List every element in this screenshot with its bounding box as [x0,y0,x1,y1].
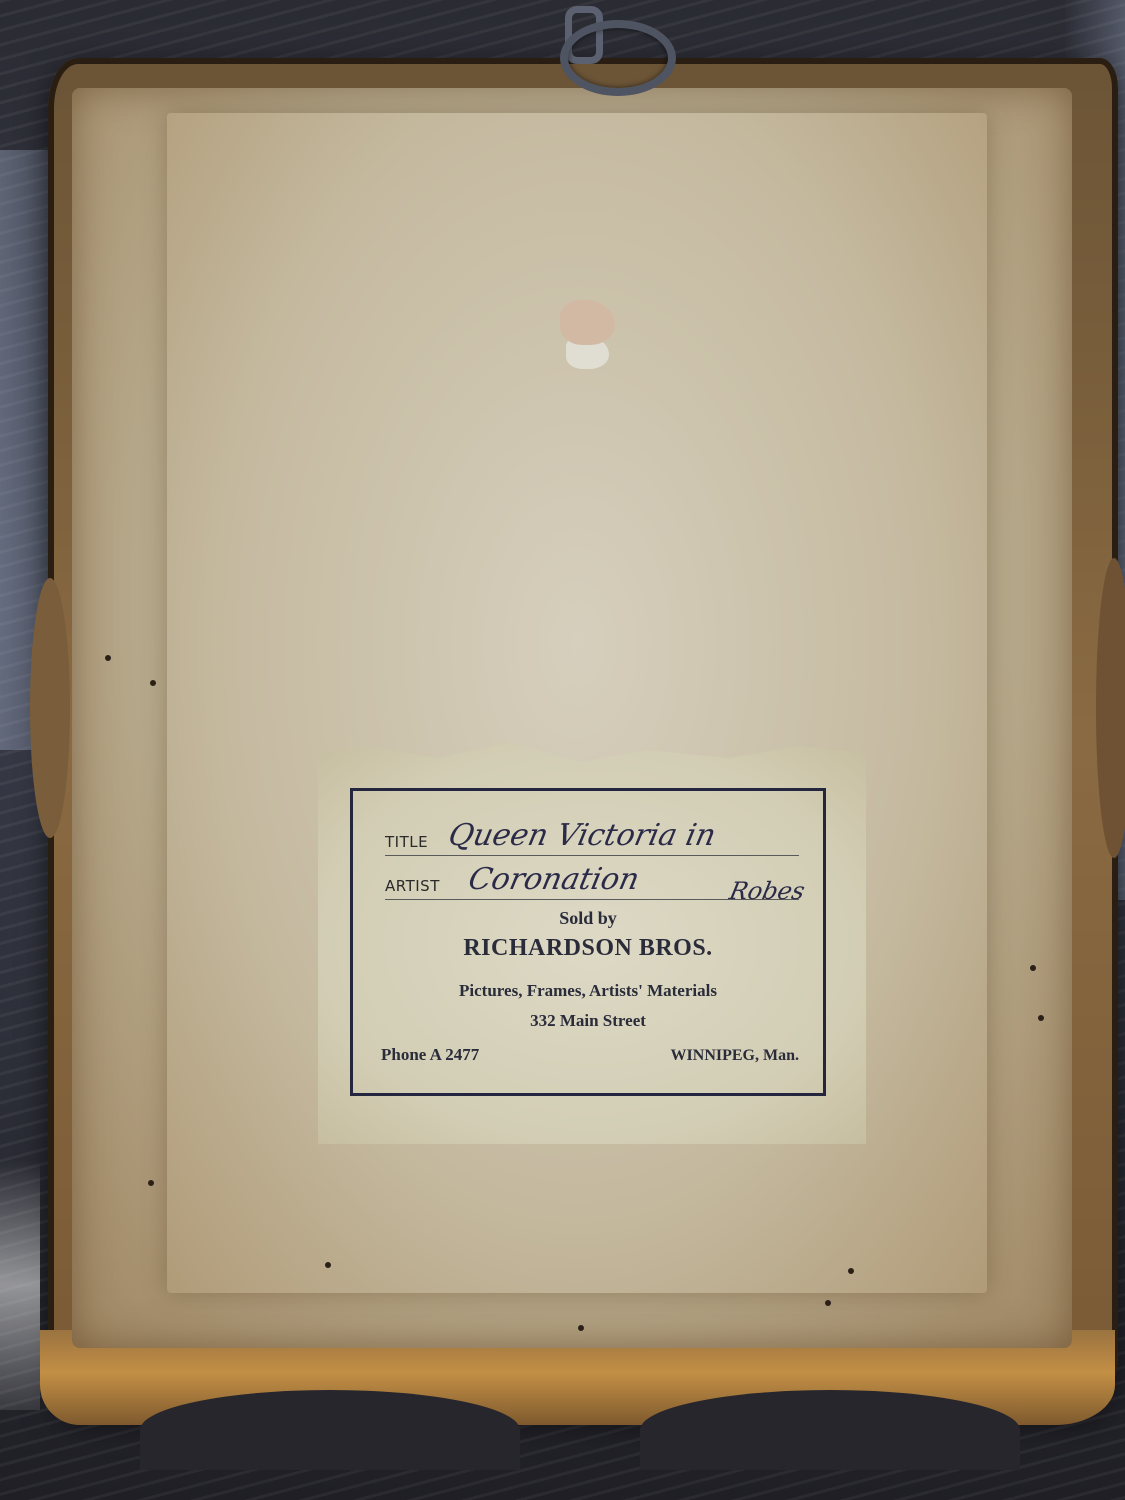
nail [150,680,156,686]
dealer-label: TITLE Queen Victoria in ARTIST Coronatio… [350,788,826,1096]
artist-field: ARTIST Coronation Robes [385,855,799,900]
frame-scallop-shadow [140,1390,520,1470]
nail [148,1180,154,1186]
paper-tear [560,300,615,345]
backing-board [72,88,1072,1348]
nail [1030,965,1036,971]
nail [1038,1015,1044,1021]
artist-handwriting: Coronation [465,862,642,897]
nail [105,655,111,661]
cobweb [0,1160,40,1410]
artist-handwriting-continued: Robes [727,877,807,905]
company-phone: Phone A 2477 [381,1045,479,1065]
company-tagline: Pictures, Frames, Artists' Materials [353,981,823,1001]
nail [848,1268,854,1274]
company-address: 332 Main Street [353,1011,823,1031]
hanging-ring-icon [560,20,676,96]
nail [325,1262,331,1268]
title-field-label: TITLE [385,833,428,851]
company-name: RICHARDSON BROS. [353,935,823,962]
artist-field-label: ARTIST [385,877,440,895]
nail [825,1300,831,1306]
title-field: TITLE Queen Victoria in [385,811,799,856]
company-city: WINNIPEG, Man. [671,1047,799,1065]
title-handwriting: Queen Victoria in [445,818,719,853]
nail [578,1325,584,1331]
sold-by-text: Sold by [353,908,823,929]
frame-scallop-shadow [640,1390,1020,1470]
